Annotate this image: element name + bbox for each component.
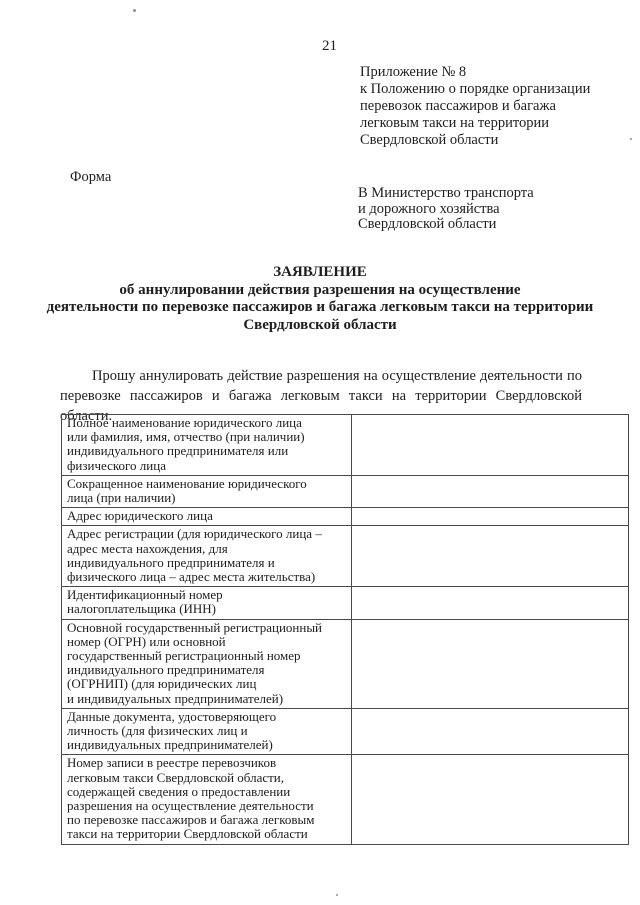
field-label: Основной государственный регистрационный… [62,619,352,708]
field-value-cell [352,708,629,755]
table-row: Адрес регистрации (для юридического лица… [62,526,629,587]
field-label: Сокращенное наименование юридического ли… [62,475,352,507]
field-label: Адрес юридического лица [62,508,352,526]
field-value-cell [352,755,629,844]
field-label: Адрес регистрации (для юридического лица… [62,526,352,587]
title-line: ЗАЯВЛЕНИЕ [40,264,600,282]
title-line: деятельности по перевозке пассажиров и б… [40,299,600,317]
scan-speck [336,894,338,896]
field-value-cell [352,508,629,526]
title-line: об аннулировании действия разрешения на … [40,282,600,300]
addressee-block: В Министерство транспорта и дорожного хо… [358,186,618,233]
addressee-line: Свердловской области [358,217,618,233]
table-row: Основной государственный регистрационный… [62,619,629,708]
field-label: Полное наименование юридического лица ил… [62,415,352,476]
table-row: Идентификационный номер налогоплательщик… [62,587,629,619]
appendix-line: легковым такси на территории [360,115,620,132]
field-value-cell [352,526,629,587]
appendix-line: перевозок пассажиров и багажа [360,98,620,115]
table-row: Адрес юридического лица [62,508,629,526]
appendix-line: Свердловской области [360,132,620,149]
document-title: ЗАЯВЛЕНИЕ об аннулировании действия разр… [40,264,600,334]
field-value-cell [352,619,629,708]
field-value-cell [352,415,629,476]
field-label: Данные документа, удостоверяющего личнос… [62,708,352,755]
page-number: 21 [322,38,337,55]
scan-speck [133,9,136,12]
field-label: Идентификационный номер налогоплательщик… [62,587,352,619]
title-line: Свердловской области [40,317,600,335]
appendix-reference-block: Приложение № 8 к Положению о порядке орг… [360,64,620,149]
document-page: 21 Приложение № 8 к Положению о порядке … [0,0,640,905]
addressee-line: и дорожного хозяйства [358,202,618,218]
table-row: Номер записи в реестре перевозчиков легк… [62,755,629,844]
field-label: Номер записи в реестре перевозчиков легк… [62,755,352,844]
application-fields-table: Полное наименование юридического лица ил… [61,414,629,845]
appendix-line: Приложение № 8 [360,64,620,81]
field-value-cell [352,475,629,507]
table-row: Сокращенное наименование юридического ли… [62,475,629,507]
form-label: Форма [70,169,111,186]
addressee-line: В Министерство транспорта [358,186,618,202]
scan-speck [630,138,632,140]
appendix-line: к Положению о порядке организации [360,81,620,98]
table-row: Полное наименование юридического лица ил… [62,415,629,476]
table-row: Данные документа, удостоверяющего личнос… [62,708,629,755]
field-value-cell [352,587,629,619]
